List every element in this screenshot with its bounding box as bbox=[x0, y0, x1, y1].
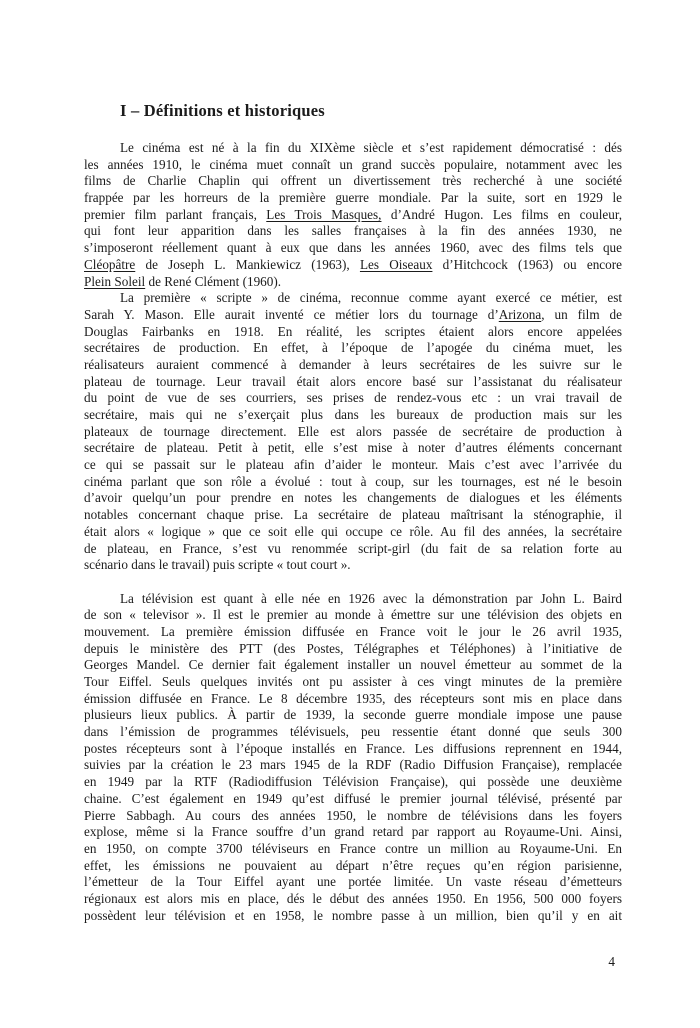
text-segment: plateaux de tournage directement. Elle e… bbox=[84, 424, 622, 439]
text-segment: premier film parlant français, bbox=[84, 207, 266, 222]
text-segment: Tour Eiffel. Seuls quelques invités ont … bbox=[84, 674, 622, 689]
text-line: scénario dans le travail) puis scripte «… bbox=[84, 557, 622, 574]
paragraph-2: La première « scripte » de cinéma, recon… bbox=[84, 290, 622, 574]
text-line: l’émetteur de la Tour Eiffel ayant une p… bbox=[84, 874, 622, 891]
text-line: Tour Eiffel. Seuls quelques invités ont … bbox=[84, 674, 622, 691]
text-segment: explose, même si la France souffre d’un … bbox=[84, 824, 622, 839]
text-line: possèdent leur télévision et en 1958, le… bbox=[84, 908, 622, 925]
text-line: Sarah Y. Mason. Elle aurait inventé ce m… bbox=[84, 307, 622, 324]
text-segment: plusieurs lieux publics. À partir de 193… bbox=[84, 707, 622, 722]
text-segment: de son « televisor ». Il est le premier … bbox=[84, 607, 622, 622]
text-segment: Georges Mandel. Ce dernier fait égalemen… bbox=[84, 657, 622, 672]
text-line: dans l’émission de programmes télévisuel… bbox=[84, 724, 622, 741]
text-line: du point de vue de ses courriers, ses pr… bbox=[84, 390, 622, 407]
text-line: s’imposeront réellement quant à eux que … bbox=[84, 240, 622, 257]
text-segment: Sarah Y. Mason. Elle aurait inventé ce m… bbox=[84, 307, 499, 322]
text-line: en 1950, on compte 3700 téléviseurs en F… bbox=[84, 841, 622, 858]
underlined-work-title: Plein Soleil bbox=[84, 274, 145, 289]
text-line: plateau de tournage. Leur travail était … bbox=[84, 374, 622, 391]
text-line: notables concernant chaque prise. La sec… bbox=[84, 507, 622, 524]
text-line: Le cinéma est né à la fin du XIXème sièc… bbox=[84, 140, 622, 157]
text-line: plateaux de tournage directement. Elle e… bbox=[84, 424, 622, 441]
text-line: plusieurs lieux publics. À partir de 193… bbox=[84, 707, 622, 724]
text-line: d’avoir quelqu’un pour prendre en notes … bbox=[84, 490, 622, 507]
text-line: de plateau, en France, s’est vu renommée… bbox=[84, 541, 622, 558]
text-segment: de plateau, en France, s’est vu renommée… bbox=[84, 541, 622, 556]
text-line: suivies par la création le 23 mars 1945 … bbox=[84, 757, 622, 774]
text-segment: plateau de tournage. Leur travail était … bbox=[84, 374, 622, 389]
text-line: La première « scripte » de cinéma, recon… bbox=[84, 290, 622, 307]
text-line: les années 1910, le cinéma muet connaît … bbox=[84, 157, 622, 174]
text-line: Georges Mandel. Ce dernier fait égalemen… bbox=[84, 657, 622, 674]
text-segment: notables concernant chaque prise. La sec… bbox=[84, 507, 622, 522]
text-line: effet, les émissions ne pouvaient au dép… bbox=[84, 858, 622, 875]
paragraph-3: La télévision est quant à elle née en 19… bbox=[84, 591, 622, 925]
text-segment: ce qui se passait sur le plateau afin d’… bbox=[84, 457, 622, 472]
text-segment: effet, les émissions ne pouvaient au dép… bbox=[84, 858, 622, 873]
text-segment: secrétaires de production. En effet, à l… bbox=[84, 340, 622, 355]
text-segment: les années 1910, le cinéma muet connaît … bbox=[84, 157, 622, 172]
text-line: secrétaire, mais qui ne s’exerçait plus … bbox=[84, 407, 622, 424]
text-segment: postes récepteurs sont à l’époque instal… bbox=[84, 741, 622, 756]
text-line: La télévision est quant à elle née en 19… bbox=[84, 591, 622, 608]
text-line: frappée par les horreurs de la première … bbox=[84, 190, 622, 207]
text-line: réalisateurs auraient commencé à demande… bbox=[84, 357, 622, 374]
text-segment: qui font leur apparition dans les salles… bbox=[84, 223, 622, 238]
underlined-work-title: Arizona bbox=[499, 307, 541, 322]
text-segment: La télévision est quant à elle née en 19… bbox=[120, 591, 622, 606]
text-segment: d’avoir quelqu’un pour prendre en notes … bbox=[84, 490, 622, 505]
text-line: secrétaire de plateau. Petit à petit, el… bbox=[84, 440, 622, 457]
text-segment: scénario dans le travail) puis scripte «… bbox=[84, 557, 351, 572]
text-line: qui font leur apparition dans les salles… bbox=[84, 223, 622, 240]
text-line: ce qui se passait sur le plateau afin d’… bbox=[84, 457, 622, 474]
text-segment: réalisateurs auraient commencé à demande… bbox=[84, 357, 622, 372]
text-segment: cinéma parlant que son rôle a évolué : t… bbox=[84, 474, 622, 489]
text-column: I – Définitions et historiques Le cinéma… bbox=[84, 101, 622, 924]
text-line: secrétaires de production. En effet, à l… bbox=[84, 340, 622, 357]
text-segment: était alors « logique » que ce soit elle… bbox=[84, 524, 622, 539]
text-line: émission diffusée en France. Le 8 décemb… bbox=[84, 691, 622, 708]
text-segment: régionaux est alors mis en place, dés le… bbox=[84, 891, 622, 906]
underlined-work-title: Cléopâtre bbox=[84, 257, 135, 272]
text-segment: s’imposeront réellement quant à eux que … bbox=[84, 240, 622, 255]
text-line: chaine. C’est également en 1949 qu’est d… bbox=[84, 791, 622, 808]
text-segment: suivies par la création le 23 mars 1945 … bbox=[84, 757, 622, 772]
text-line: Cléopâtre de Joseph L. Mankiewicz (1963)… bbox=[84, 257, 622, 274]
text-segment: , un film de bbox=[541, 307, 622, 322]
text-segment: de René Clément (1960). bbox=[145, 274, 281, 289]
section-heading: I – Définitions et historiques bbox=[84, 101, 622, 120]
text-line: en 1949 par la RTF (Radiodiffusion Télév… bbox=[84, 774, 622, 791]
underlined-work-title: Les Trois Masques, bbox=[266, 207, 381, 222]
text-segment: l’émetteur de la Tour Eiffel ayant une p… bbox=[84, 874, 622, 889]
text-segment: frappée par les horreurs de la première … bbox=[84, 190, 622, 205]
text-segment: La première « scripte » de cinéma, recon… bbox=[120, 290, 622, 305]
text-segment: de Joseph L. Mankiewicz (1963), bbox=[135, 257, 360, 272]
text-segment: films de Charlie Chaplin qui offrent un … bbox=[84, 173, 622, 188]
text-line: films de Charlie Chaplin qui offrent un … bbox=[84, 173, 622, 190]
text-segment: depuis le ministère des PTT (des Postes,… bbox=[84, 641, 622, 656]
text-segment: d’Hitchcock (1963) ou encore bbox=[432, 257, 622, 272]
text-segment: en 1950, on compte 3700 téléviseurs en F… bbox=[84, 841, 622, 856]
page-number: 4 bbox=[608, 954, 615, 971]
text-segment: mouvement. La première émission diffusée… bbox=[84, 624, 622, 639]
text-segment: Douglas Fairbanks en 1918. En réalité, l… bbox=[84, 324, 622, 339]
text-segment: d’André Hugon. Les films en couleur, bbox=[381, 207, 622, 222]
text-line: depuis le ministère des PTT (des Postes,… bbox=[84, 641, 622, 658]
text-segment: dans l’émission de programmes télévisuel… bbox=[84, 724, 622, 739]
text-line: premier film parlant français, Les Trois… bbox=[84, 207, 622, 224]
text-line: régionaux est alors mis en place, dés le… bbox=[84, 891, 622, 908]
text-line: de son « televisor ». Il est le premier … bbox=[84, 607, 622, 624]
text-segment: en 1949 par la RTF (Radiodiffusion Télév… bbox=[84, 774, 622, 789]
text-segment: du point de vue de ses courriers, ses pr… bbox=[84, 390, 622, 405]
text-line: Douglas Fairbanks en 1918. En réalité, l… bbox=[84, 324, 622, 341]
text-segment: possèdent leur télévision et en 1958, le… bbox=[84, 908, 622, 923]
text-segment: secrétaire, mais qui ne s’exerçait plus … bbox=[84, 407, 622, 422]
text-segment: émission diffusée en France. Le 8 décemb… bbox=[84, 691, 622, 706]
text-line: Plein Soleil de René Clément (1960). bbox=[84, 274, 622, 291]
underlined-work-title: Les Oiseaux bbox=[360, 257, 432, 272]
text-line: postes récepteurs sont à l’époque instal… bbox=[84, 741, 622, 758]
text-segment: Pierre Sabbagh. Au cours des années 1950… bbox=[84, 808, 622, 823]
text-line: était alors « logique » que ce soit elle… bbox=[84, 524, 622, 541]
text-segment: chaine. C’est également en 1949 qu’est d… bbox=[84, 791, 622, 806]
text-line: explose, même si la France souffre d’un … bbox=[84, 824, 622, 841]
text-line: cinéma parlant que son rôle a évolué : t… bbox=[84, 474, 622, 491]
text-line: mouvement. La première émission diffusée… bbox=[84, 624, 622, 641]
paragraph-1: Le cinéma est né à la fin du XIXème sièc… bbox=[84, 140, 622, 290]
text-line: Pierre Sabbagh. Au cours des années 1950… bbox=[84, 808, 622, 825]
document-page: I – Définitions et historiques Le cinéma… bbox=[0, 0, 700, 1028]
document-body: Le cinéma est né à la fin du XIXème sièc… bbox=[84, 140, 622, 924]
text-segment: Le cinéma est né à la fin du XIXème sièc… bbox=[120, 140, 622, 155]
text-segment: secrétaire de plateau. Petit à petit, el… bbox=[84, 440, 622, 455]
